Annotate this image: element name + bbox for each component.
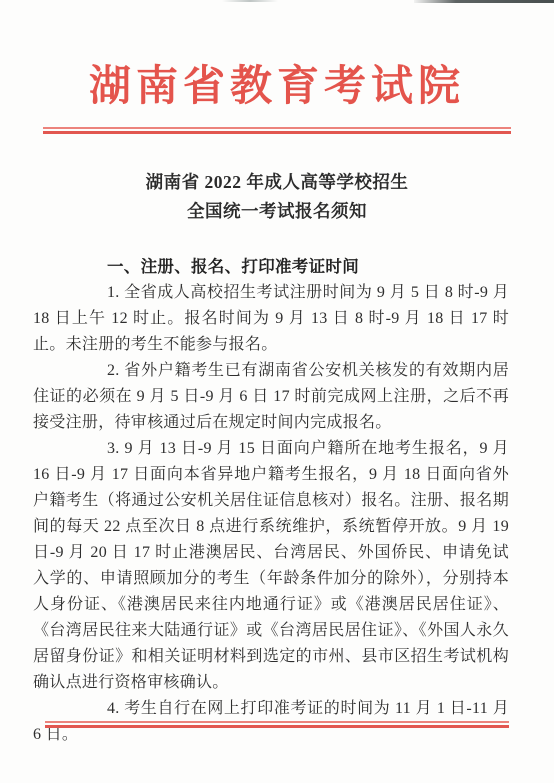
paragraph-registration-time: 1. 全省成人高校招生考试注册时间为 9 月 5 日 8 时-9 月 18 日上… xyxy=(33,280,509,358)
footer-divider xyxy=(45,721,509,728)
divider-thick-line xyxy=(45,725,509,728)
divider-thick-line xyxy=(43,131,511,134)
document-title-line1: 湖南省 2022 年成人高等学校招生 xyxy=(146,172,409,192)
paragraph-signup-schedule: 3. 9 月 13 日-9 月 15 日面向户籍所在地考生报名，9 月 16 日… xyxy=(33,436,509,696)
document-title: 湖南省 2022 年成人高等学校招生 全国统一考试报名须知 xyxy=(0,168,554,226)
scanned-document-page: 湖南省教育考试院 湖南省 2022 年成人高等学校招生 全国统一考试报名须知 一… xyxy=(0,0,554,783)
document-body: 一、注册、报名、打印准考证时间 1. 全省成人高校招生考试注册时间为 9 月 5… xyxy=(33,254,509,748)
scan-artifact xyxy=(414,0,554,3)
section-heading: 一、注册、报名、打印准考证时间 xyxy=(33,254,509,280)
letterhead-org-name: 湖南省教育考试院 xyxy=(0,62,554,112)
paragraph-out-of-province: 2. 省外户籍考生已有湖南省公安机关核发的有效期内居住证的必须在 9 月 5 日… xyxy=(33,358,509,436)
scan-artifact xyxy=(222,0,278,2)
letterhead-divider xyxy=(43,127,511,134)
document-title-line2: 全国统一考试报名须知 xyxy=(187,201,367,221)
